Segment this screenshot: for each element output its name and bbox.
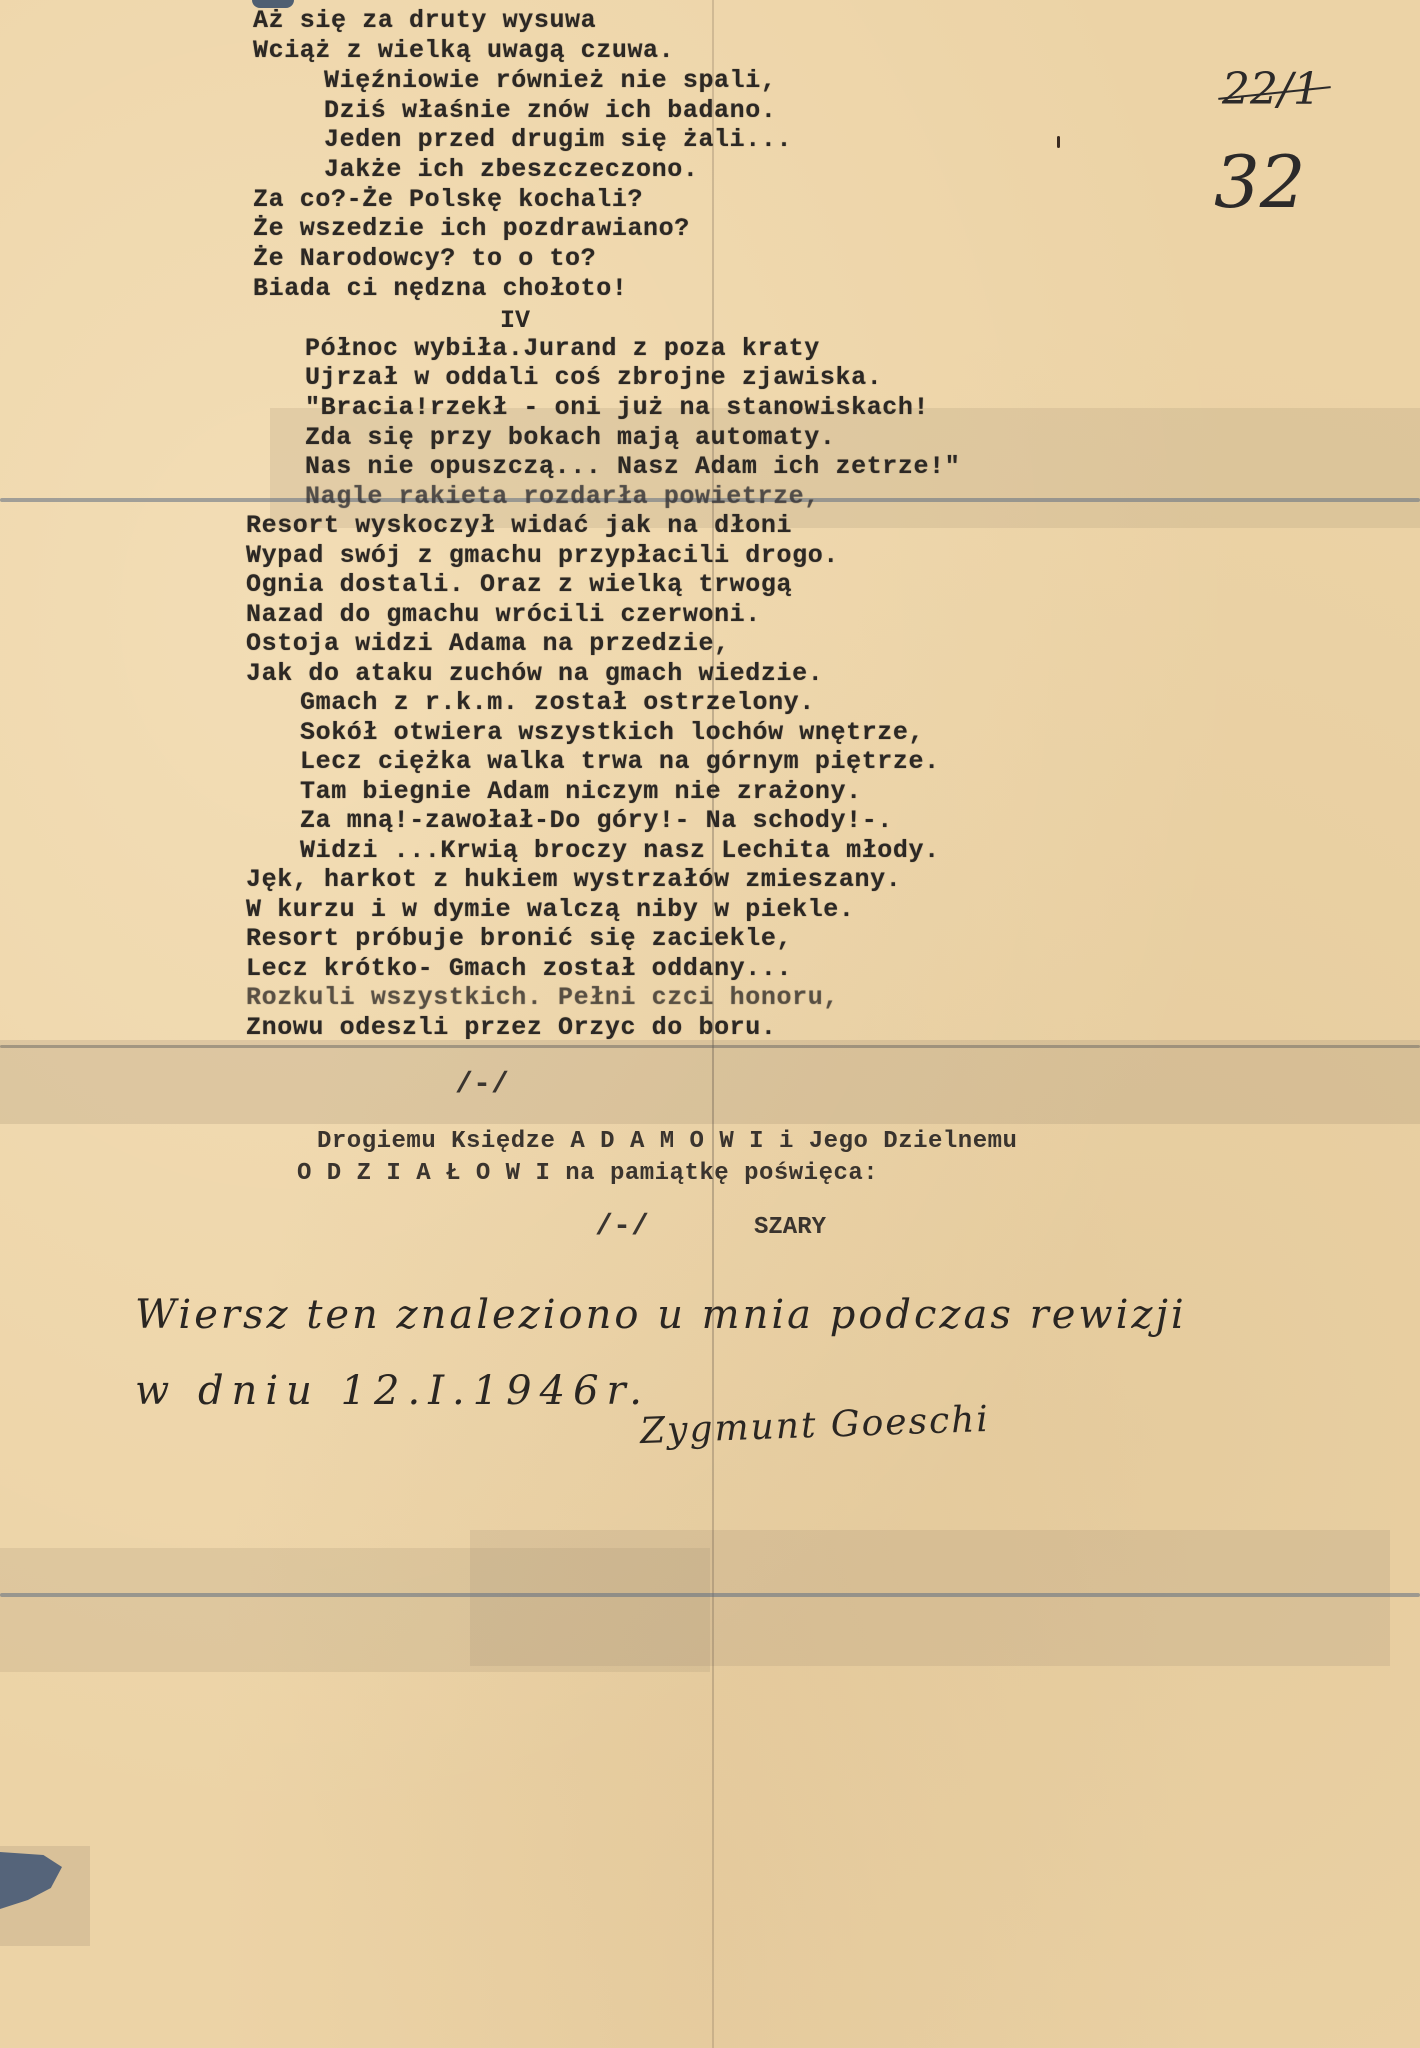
closing-mark: /-/: [595, 1210, 649, 1244]
archive-page-number: 32: [1214, 140, 1306, 224]
poem-line-obscured: Nagle rakieta rozdarła powietrze,: [305, 482, 820, 512]
poem-line: Lecz ciężka walka trwa na górnym piętrze…: [300, 747, 940, 777]
poem-line: Nas nie opuszczą... Nasz Adam ich zetrze…: [305, 452, 960, 482]
section-number: IV: [500, 306, 530, 335]
ink-stain: [0, 1852, 62, 1912]
archive-reference-number: 22/1: [1222, 64, 1321, 115]
poem-line: Widzi ...Krwią broczy nasz Lechita młody…: [300, 836, 940, 866]
poem-line: Resort wyskoczył widać jak na dłoni: [246, 511, 792, 541]
poem-line: Nazad do gmachu wrócili czerwoni.: [246, 600, 761, 630]
ink-speck: [1057, 136, 1060, 148]
poem-line: W kurzu i w dymie walczą niby w piekle.: [246, 895, 855, 925]
horizontal-fold-line: [0, 1593, 1420, 1597]
poem-line: Lecz krótko- Gmach został oddany...: [246, 954, 792, 984]
poem-line: Za mną!-zawołał-Do góry!- Na schody!-.: [300, 806, 893, 836]
poem-line: Północ wybiła.Jurand z poza kraty: [305, 334, 820, 364]
poem-line: Jęk, harkot z hukiem wystrzałów zmieszan…: [246, 865, 901, 895]
poem-line: Gmach z r.k.m. został ostrzelony.: [300, 688, 815, 718]
tape-strip: [470, 1530, 1390, 1666]
poem-line: Biada ci nędzna chołoto!: [253, 274, 627, 304]
poem-line: Jeden przed drugim się żali...: [324, 125, 792, 155]
poem-line: Dziś właśnie znów ich badano.: [324, 96, 776, 126]
poem-line: Sokół otwiera wszystkich lochów wnętrze,: [300, 718, 924, 748]
dedication-line-1: Drogiemu Księdze A D A M O W I i Jego Dz…: [317, 1128, 1017, 1155]
poem-line: Ognia dostali. Oraz z wielką trwogą: [246, 570, 792, 600]
poem-line: Aż się za druty wysuwa: [253, 6, 596, 36]
poem-line: Ostoja widzi Adama na przedzie,: [246, 629, 730, 659]
poem-line: Że wszedzie ich pozdrawiano?: [253, 214, 690, 244]
poem-line: Za co?-Że Polskę kochali?: [253, 185, 643, 215]
poem-line: Zda się przy bokach mają automaty.: [305, 423, 835, 453]
tape-strip: [0, 1548, 710, 1672]
handwritten-note-line-1: Wiersz ten znaleziono u mnia podczas rew…: [135, 1292, 1187, 1338]
dedication-line-2: O D Z I A Ł O W I na pamiątkę poświęca:: [297, 1160, 878, 1187]
poem-line: Znowu odeszli przez Orzyc do boru.: [246, 1013, 776, 1043]
closing-mark: /-/: [455, 1068, 509, 1102]
handwritten-signature: Zygmunt Goeschi: [639, 1399, 990, 1452]
poem-line: Wypad swój z gmachu przypłacili drogo.: [246, 541, 839, 571]
poem-line: Że Narodowcy? to o to?: [253, 244, 596, 274]
handwritten-note-line-2: w dniu 12.I.1946r.: [135, 1368, 650, 1414]
horizontal-fold-line: [0, 1045, 1420, 1048]
poem-line: Tam biegnie Adam niczym nie zrażony.: [300, 777, 862, 807]
poem-line: Jakże ich zbeszczeczono.: [324, 155, 698, 185]
poem-line: Resort próbuje bronić się zaciekle,: [246, 924, 792, 954]
poem-line: "Bracia!rzekł - oni już na stanowiskach!: [305, 393, 929, 423]
poem-line: Więźniowie również nie spali,: [324, 66, 776, 96]
tape-strip: [0, 1040, 1420, 1124]
poem-line: Rozkuli wszystkich. Pełni czci honoru,: [246, 983, 839, 1013]
poem-line: Jak do ataku zuchów na gmach wiedzie.: [246, 659, 823, 689]
author-pseudonym: SZARY: [754, 1214, 826, 1241]
poem-line: Ujrzał w oddali coś zbrojne zjawiska.: [305, 363, 882, 393]
poem-line: Wciąż z wielką uwagą czuwa.: [253, 36, 674, 66]
